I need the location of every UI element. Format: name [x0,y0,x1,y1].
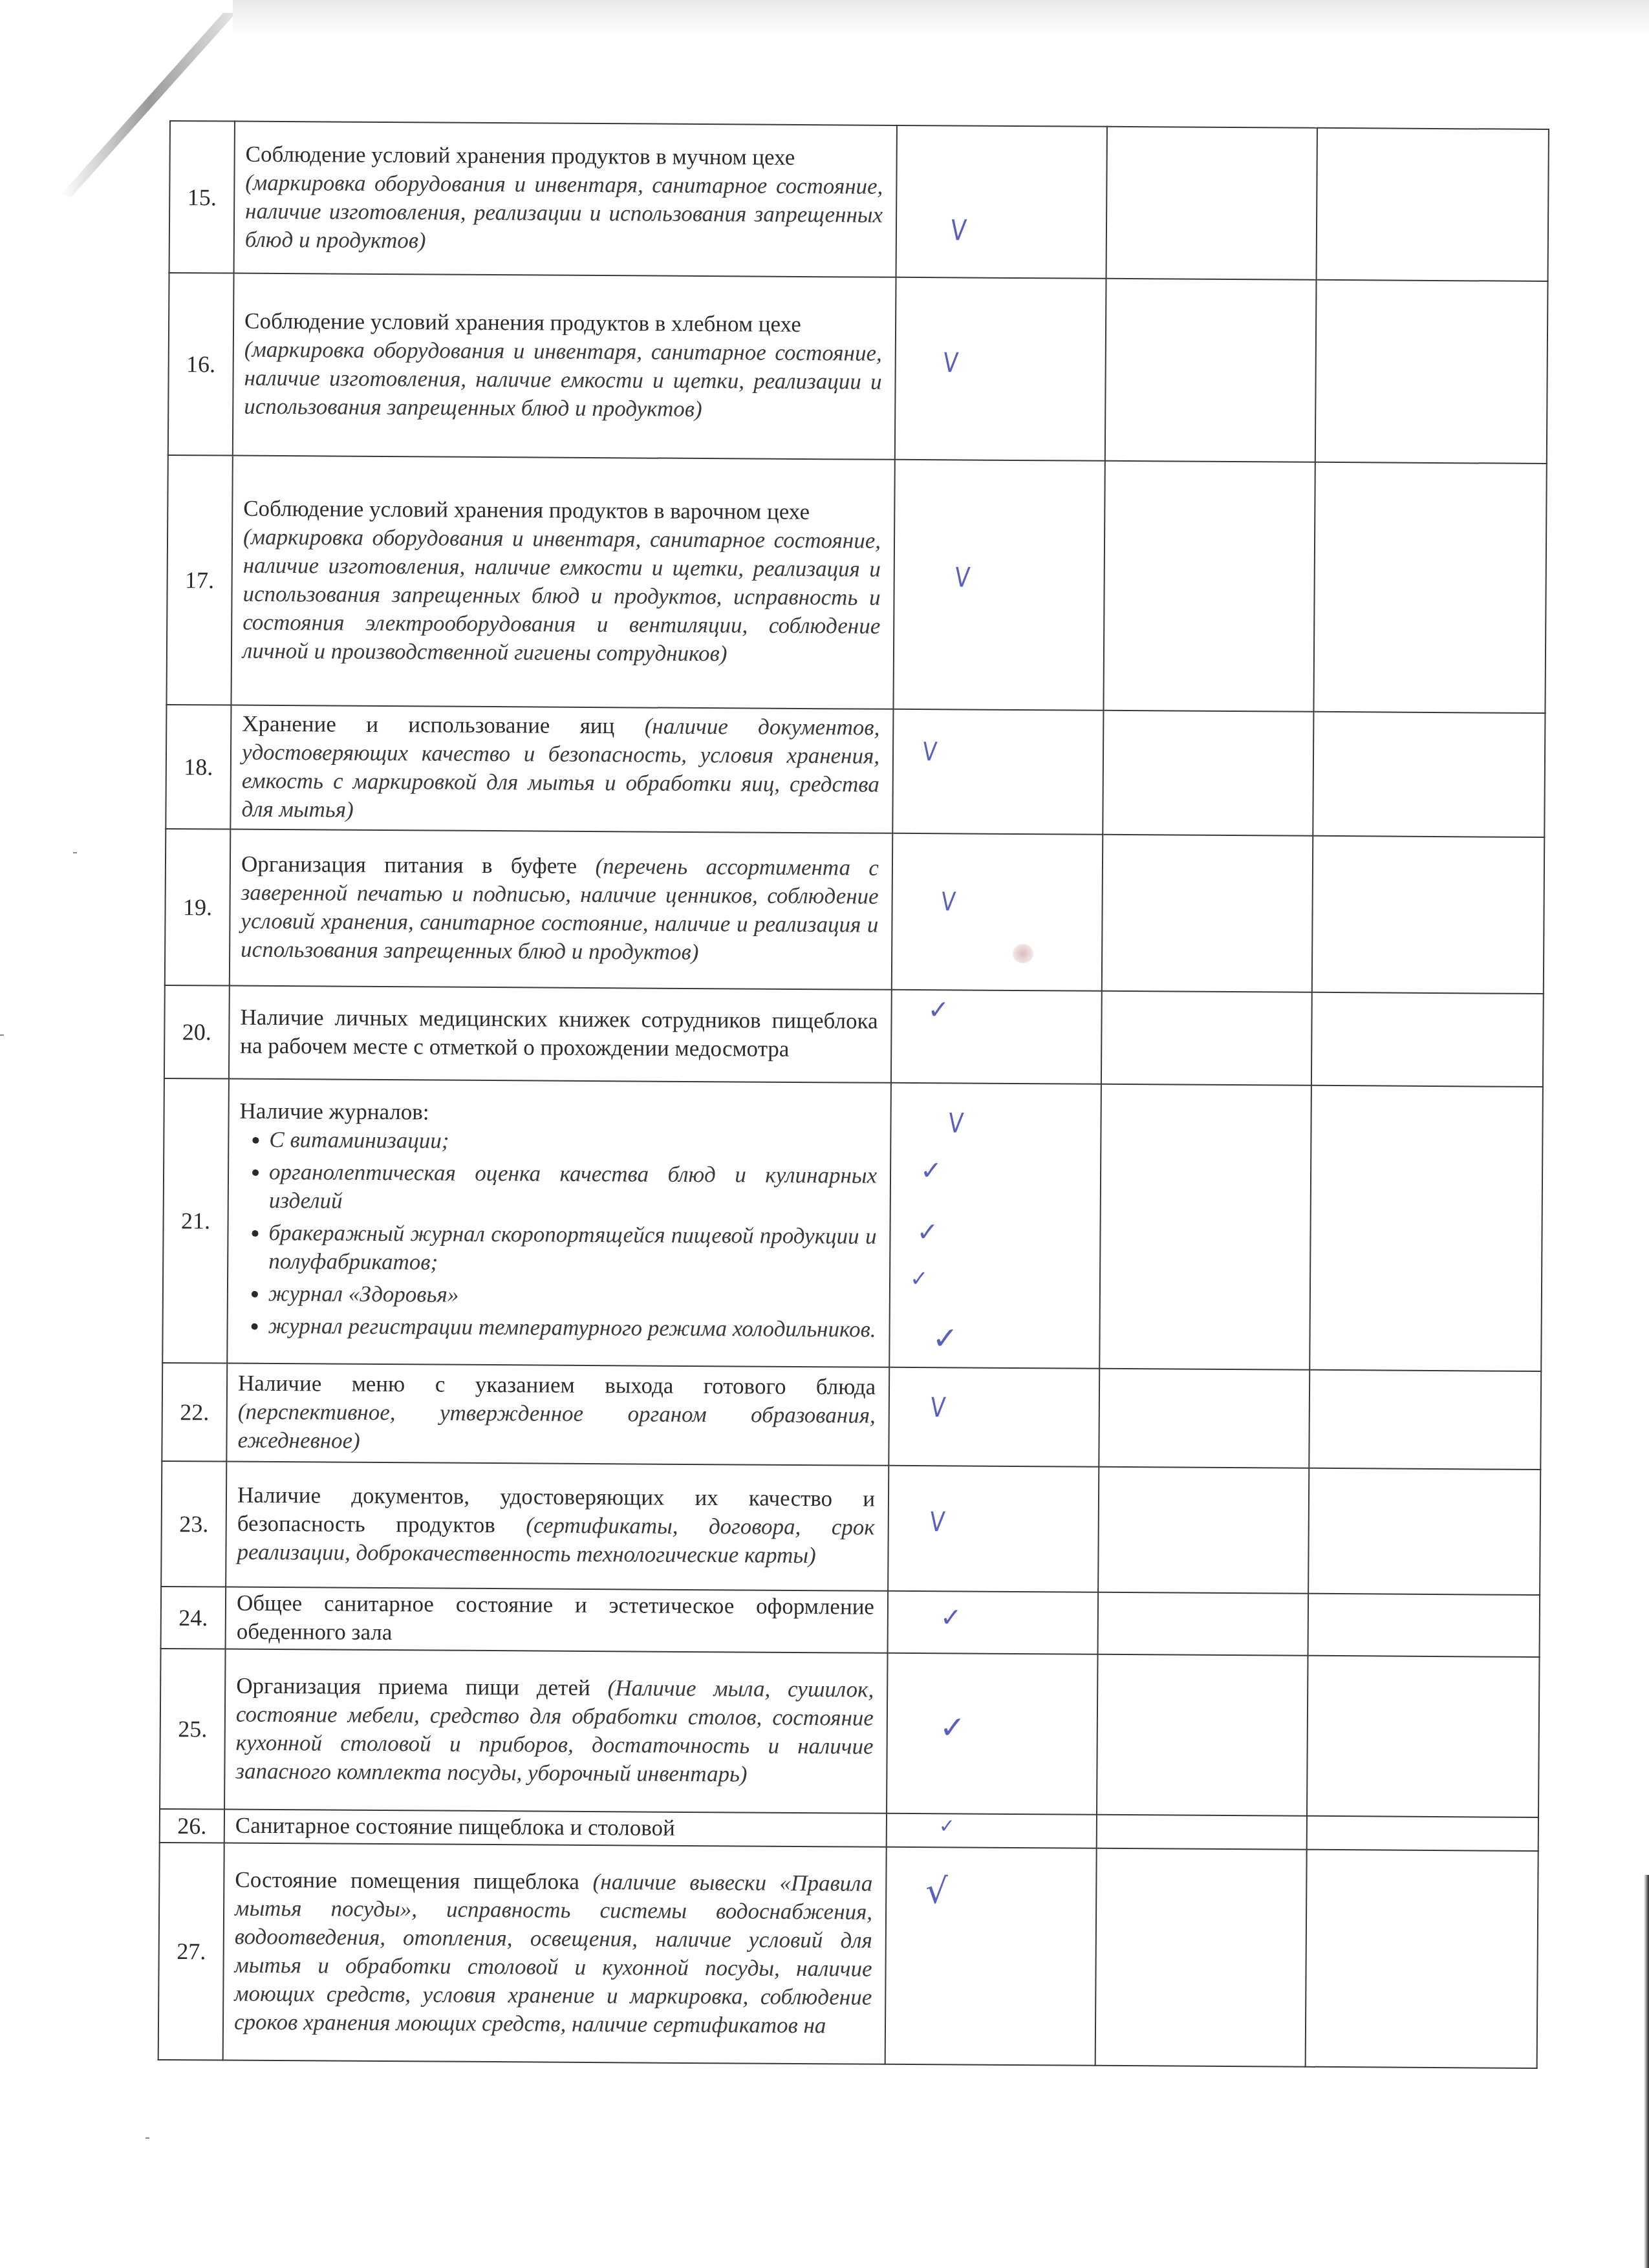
checklist-row: 24.Общее санитарное состояние и эстетиче… [161,1587,1540,1657]
handwritten-check-icon: ✓ [910,1268,929,1290]
note-cell[interactable] [1306,1850,1538,2068]
criterion-details: (маркировка оборудования и инвентаря, са… [242,524,881,667]
handwritten-check-icon: ✓ [940,1605,962,1631]
handwritten-check-icon: V [954,564,971,591]
criterion-text: Соблюдение условий хранения продуктов в … [234,122,897,277]
criterion-text: Наличие журналов:С витаминизации;органол… [227,1079,891,1367]
journal-item: журнал регистрации температурного режима… [256,1312,876,1344]
note-cell[interactable] [1313,462,1546,713]
check-cell[interactable]: V [892,709,1103,835]
checklist-sheet: 15.Соблюдение условий хранения продуктов… [158,120,1548,2069]
handwritten-check-icon: ✓ [940,1712,966,1743]
check-cell[interactable]: V✓✓✓✓ [889,1083,1101,1369]
checklist-row: 21.Наличие журналов:С витаминизации;орга… [162,1078,1543,1371]
handwritten-check-icon: V [921,739,938,765]
result-cell[interactable] [1102,835,1313,992]
criterion-text: Соблюдение условий хранения продуктов в … [233,273,896,460]
checklist-row: 22.Наличие меню с указанием выхода готов… [162,1363,1541,1470]
scan-speck [145,2137,149,2139]
check-cell[interactable]: V [888,1466,1099,1592]
row-number: 18. [166,705,231,829]
row-number: 16. [168,273,234,456]
checklist-row: 19.Организация питания в буфете (перечен… [165,829,1544,994]
handwritten-check-icon: V [942,349,960,376]
criterion-title: Общее санитарное состояние и эстетическо… [237,1590,874,1645]
result-cell[interactable] [1098,1467,1309,1594]
journal-item: С витаминизации; [257,1126,877,1158]
result-cell[interactable] [1103,461,1315,712]
row-number: 19. [165,829,230,986]
criterion-text: Соблюдение условий хранения продуктов в … [231,456,894,709]
handwritten-check-icon: ✓ [939,1817,955,1836]
checklist-row: 17.Соблюдение условий хранения продуктов… [166,455,1546,713]
row-number: 22. [162,1363,227,1462]
criterion-title: Хранение и использование яиц [242,711,614,739]
result-cell[interactable] [1098,1592,1309,1656]
criterion-title: Организация приема пищи детей [236,1673,590,1700]
note-cell[interactable] [1308,1468,1540,1595]
criterion-title: Санитарное состояние пищеблока и столово… [235,1813,675,1841]
criterion-text: Наличие меню с указанием выхода готового… [226,1364,889,1466]
criterion-title: Состояние помещения пищеблока [235,1867,579,1894]
criterion-title: Организация питания в буфете [241,851,577,879]
check-cell[interactable]: ✓ [887,1653,1098,1815]
result-cell[interactable] [1105,279,1317,462]
criterion-title: Соблюдение условий хранения продуктов в … [244,308,801,337]
handwritten-check-icon: ✓ [916,1219,938,1245]
criterion-text: Состояние помещения пищеблока (наличие в… [223,1843,887,2064]
note-cell[interactable] [1315,280,1548,464]
row-number: 20. [164,985,230,1079]
checklist-row: 18.Хранение и использование яиц (наличие… [166,705,1545,837]
criterion-text: Организация приема пищи детей (Наличие м… [224,1649,887,1813]
row-number: 21. [162,1078,229,1364]
handwritten-check-icon: V [929,1508,946,1535]
handwritten-check-icon: ✓ [920,1158,942,1184]
journal-item: органолептическая оценка качества блюд и… [257,1158,878,1219]
result-cell[interactable] [1097,1815,1307,1850]
scan-speck [73,852,77,853]
note-cell[interactable] [1311,992,1544,1087]
result-cell[interactable] [1103,711,1313,836]
criterion-details: (перспективное, утвержденное органом обр… [237,1399,875,1453]
check-cell[interactable]: ✓ [891,990,1102,1084]
handwritten-check-icon: V [940,889,957,915]
note-cell[interactable] [1309,1370,1541,1470]
check-cell[interactable]: V [895,277,1106,461]
criterion-text: Наличие личных медицинских книжек сотруд… [229,986,892,1083]
criterion-details: (маркировка оборудования и инвентаря, са… [245,169,883,253]
scan-top-shadow [233,0,1649,36]
criterion-title: Наличие личных медицинских книжек сотруд… [240,1005,878,1062]
result-cell[interactable] [1101,991,1312,1086]
check-cell[interactable]: V [893,460,1105,711]
note-cell[interactable] [1307,1656,1540,1817]
checklist-row: 16.Соблюдение условий хранения продуктов… [168,273,1548,464]
criterion-details: (маркировка оборудования и инвентаря, са… [244,337,882,422]
journal-list: С витаминизации;органолептическая оценка… [238,1126,877,1344]
criterion-details: (наличие вывески «Правила мытья посуды»,… [234,1869,873,2038]
scan-speck [0,1034,4,1036]
note-cell[interactable] [1312,836,1544,994]
handwritten-check-icon: V [929,1394,947,1421]
criterion-title: Соблюдение условий хранения продуктов в … [246,141,795,169]
result-cell[interactable] [1099,1084,1311,1370]
result-cell[interactable] [1106,127,1317,280]
result-cell[interactable] [1095,1848,1307,2067]
row-number: 25. [160,1649,226,1810]
row-number: 15. [169,121,235,273]
note-cell[interactable] [1317,128,1549,281]
criterion-title: Наличие журналов: [240,1098,429,1125]
note-cell[interactable] [1309,1086,1543,1371]
checklist-row: 27.Состояние помещения пищеблока (наличи… [158,1843,1538,2068]
journal-item: бракеражный журнал скоропортящейся пищев… [257,1219,877,1279]
checklist-row: 23.Наличие документов, удостоверяющих их… [161,1461,1540,1595]
check-cell[interactable]: ✓ [888,1591,1099,1654]
row-number: 17. [166,455,232,705]
result-cell[interactable] [1099,1369,1309,1468]
handwritten-check-icon: √ [925,1874,948,1909]
row-number: 27. [158,1843,224,2060]
result-cell[interactable] [1097,1654,1308,1816]
handwritten-check-icon: ✓ [927,997,949,1023]
journal-item: журнал «Здоровья» [257,1279,876,1312]
checklist-row: 15.Соблюдение условий хранения продуктов… [169,121,1549,281]
checklist-row: 20.Наличие личных медицинских книжек сот… [164,985,1544,1087]
note-cell[interactable] [1308,1594,1540,1657]
check-cell[interactable]: √ [885,1847,1097,2066]
row-number: 23. [161,1461,226,1587]
criterion-text: Наличие документов, удостоверяющих их ка… [226,1462,889,1591]
criterion-title: Наличие меню с указанием выхода готового… [238,1371,876,1400]
check-cell[interactable]: V [889,1367,1099,1467]
row-number: 24. [161,1587,226,1649]
criterion-text: Общее санитарное состояние и эстетическо… [226,1587,889,1653]
handwritten-check-icon: V [949,217,967,245]
note-cell[interactable] [1307,1816,1538,1851]
row-number: 26. [160,1809,224,1843]
scan-right-edge [1644,1875,1649,2268]
check-cell[interactable]: ✓ [887,1813,1097,1848]
note-cell[interactable] [1313,712,1545,837]
criterion-title: Соблюдение условий хранения продуктов в … [243,496,810,524]
criterion-text: Санитарное состояние пищеблока и столово… [224,1810,887,1847]
checklist-table: 15.Соблюдение условий хранения продуктов… [158,120,1549,2069]
check-cell[interactable]: V [892,833,1103,991]
criterion-text: Организация питания в буфете (перечень а… [230,829,892,990]
criterion-text: Хранение и использование яиц (наличие до… [230,705,893,833]
handwritten-check-icon: V [947,1109,965,1137]
handwritten-check-icon: ✓ [932,1323,958,1354]
checklist-row: 25.Организация приема пищи детей (Наличи… [160,1649,1539,1817]
check-cell[interactable]: V [896,125,1107,279]
